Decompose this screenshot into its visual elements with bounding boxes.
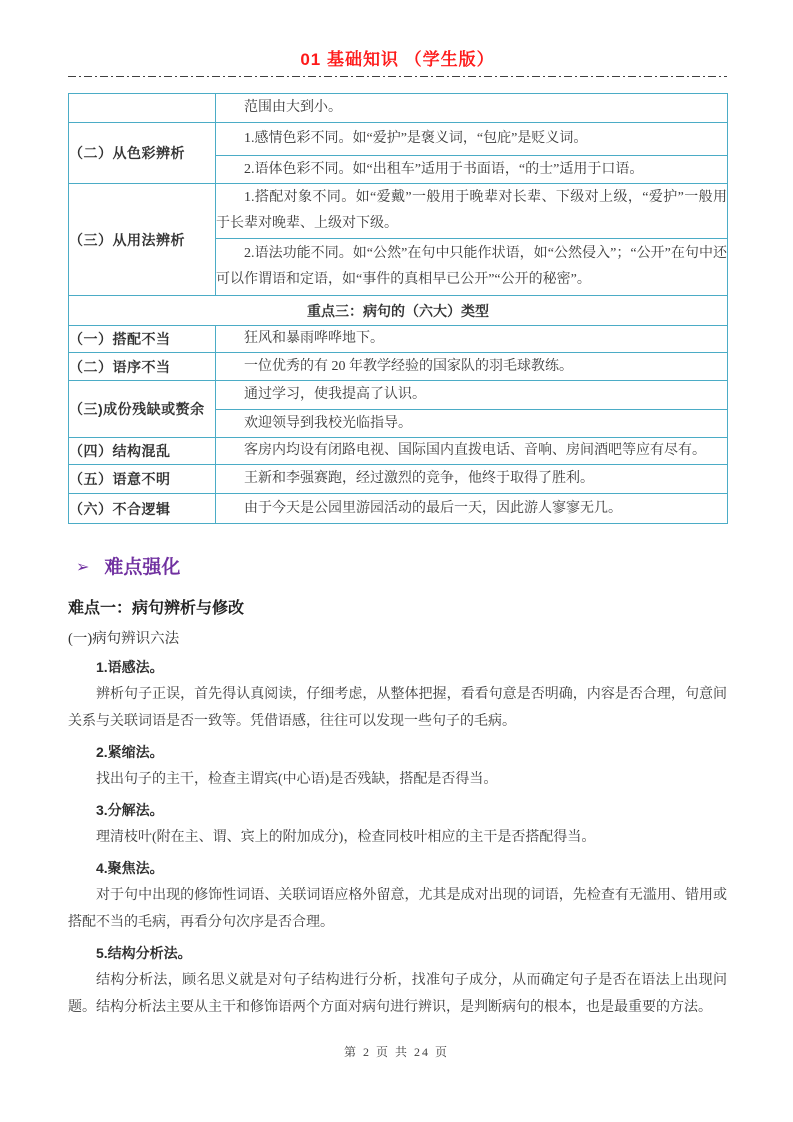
page-number-footer: 第 2 页 共 24 页 [0, 1043, 793, 1060]
method-heading: 5.结构分析法。 [68, 940, 727, 967]
table-row-example: 1.搭配对象不同。如“爱戴”一般用于晚辈对长辈、下级对上级，“爱护”一般用于长辈… [216, 184, 728, 239]
table-row: （二）从色彩辨析 1.感情色彩不同。如“爱护”是褒义词，“包庇”是贬义词。 [69, 123, 728, 156]
table-row-example: 通过学习，使我提高了认识。 [216, 381, 728, 410]
table-row-example: 2.语法功能不同。如“公然”在句中只能作状语，如“公然侵入”；“公开”在句中还可… [216, 239, 728, 296]
table-row: （四）结构混乱 客房内均设有闭路电视、国际国内直拨电话、音响、房间酒吧等应有尽有… [69, 438, 728, 465]
page-header-title: 01 基础知识 （学生版） [68, 49, 727, 70]
method-body: 理清枝叶(附在主、谓、宾上的附加成分)，检查同枝叶相应的主干是否搭配得当。 [68, 824, 727, 851]
table-row-example: 客房内均设有闭路电视、国际国内直拨电话、音响、房间酒吧等应有尽有。 [216, 438, 728, 465]
hard-point-one-subtitle: 难点一：病句辨析与修改 [68, 598, 727, 620]
table-section-header-row: 重点三：病句的（六大）类型 [69, 296, 728, 326]
table-row: （二）语序不当 一位优秀的有 20 年教学经验的国家队的羽毛球教练。 [69, 353, 728, 381]
table-row-label: （一）搭配不当 [69, 326, 216, 353]
table-row-label: （三)成份残缺或赘余 [69, 381, 216, 438]
hard-points-heading: ➢ 难点强化 [68, 555, 727, 580]
table-row: 范围由大到小。 [69, 94, 728, 123]
method-heading: 1.语感法。 [68, 654, 727, 681]
header-divider [68, 76, 727, 78]
method-heading: 2.紧缩法。 [68, 739, 727, 766]
table-row-example: 范围由大到小。 [216, 94, 728, 123]
table-row-example: 一位优秀的有 20 年教学经验的国家队的羽毛球教练。 [216, 353, 728, 381]
method-heading: 3.分解法。 [68, 797, 727, 824]
document-page: 01 基础知识 （学生版） 范围由大到小。 （二）从色彩辨析 1.感情色彩不同。… [0, 0, 793, 1122]
table-row-example: 1.感情色彩不同。如“爱护”是褒义词，“包庇”是贬义词。 [216, 123, 728, 156]
table-section-header: 重点三：病句的（六大）类型 [69, 296, 728, 326]
table-row-label: （四）结构混乱 [69, 438, 216, 465]
table-row-example: 王新和李强赛跑，经过激烈的竞争，他终于取得了胜利。 [216, 465, 728, 494]
method-body: 找出句子的主干，检查主谓宾(中心语)是否残缺，搭配是否得当。 [68, 766, 727, 793]
table-row-label-empty [69, 94, 216, 123]
method-body: 对于句中出现的修饰性词语、关联词语应格外留意，尤其是成对出现的词语，先检查有无滥… [68, 882, 727, 936]
table-row-example: 由于今天是公园里游园活动的最后一天，因此游人寥寥无几。 [216, 494, 728, 524]
table-row-label: （二）语序不当 [69, 353, 216, 381]
page-content: 01 基础知识 （学生版） 范围由大到小。 （二）从色彩辨析 1.感情色彩不同。… [0, 49, 793, 1021]
knowledge-table: 范围由大到小。 （二）从色彩辨析 1.感情色彩不同。如“爱护”是褒义词，“包庇”… [68, 93, 728, 524]
table-row-example: 狂风和暴雨哗哗地下。 [216, 326, 728, 353]
table-row: （三）从用法辨析 1.搭配对象不同。如“爱戴”一般用于晚辈对长辈、下级对上级，“… [69, 184, 728, 239]
table-row: （三)成份残缺或赘余 通过学习，使我提高了认识。 [69, 381, 728, 410]
table-row: （一）搭配不当 狂风和暴雨哗哗地下。 [69, 326, 728, 353]
table-row: （五）语意不明 王新和李强赛跑，经过激烈的竞争，他终于取得了胜利。 [69, 465, 728, 494]
method-list-title: (一)病句辨识六法 [68, 629, 727, 650]
arrow-bullet-icon: ➢ [76, 555, 89, 580]
table-row-label: （三）从用法辨析 [69, 184, 216, 296]
hard-points-heading-label: 难点强化 [104, 555, 180, 580]
table-row-label: （六）不合逻辑 [69, 494, 216, 524]
method-body: 辨析句子正误，首先得认真阅读，仔细考虑，从整体把握，看看句意是否明确，内容是否合… [68, 681, 727, 735]
method-heading: 4.聚焦法。 [68, 855, 727, 882]
method-body: 结构分析法，顾名思义就是对句子结构进行分析，找准句子成分，从而确定句子是否在语法… [68, 967, 727, 1021]
table-row-example: 欢迎领导到我校光临指导。 [216, 410, 728, 438]
table-row: （六）不合逻辑 由于今天是公园里游园活动的最后一天，因此游人寥寥无几。 [69, 494, 728, 524]
table-row-label: （五）语意不明 [69, 465, 216, 494]
table-row-example: 2.语体色彩不同。如“出租车”适用于书面语，“的士”适用于口语。 [216, 156, 728, 184]
table-row-label: （二）从色彩辨析 [69, 123, 216, 184]
